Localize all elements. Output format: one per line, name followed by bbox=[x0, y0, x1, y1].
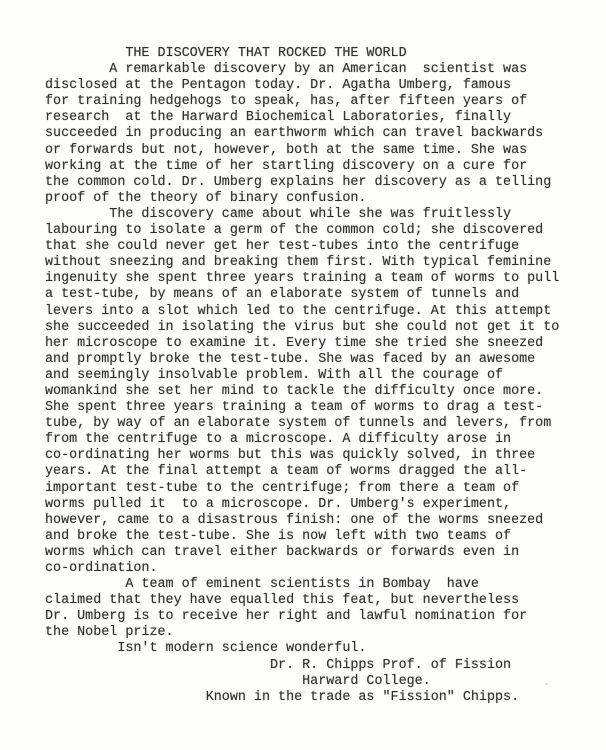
document-line: that she could never get her test-tubes … bbox=[45, 239, 606, 255]
document-line: and broke the test-tube. She is now left… bbox=[45, 529, 606, 545]
document-line: The discovery came about while she was f… bbox=[45, 207, 606, 223]
paper-speckle bbox=[545, 683, 548, 685]
document-line: a test-tube, by means of an elaborate sy… bbox=[45, 287, 606, 303]
document-line: Dr. R. Chipps Prof. of Fission bbox=[45, 658, 606, 674]
document-line: and promptly broke the test-tube. She wa… bbox=[45, 352, 606, 368]
document-line: her microscope to examine it. Every time… bbox=[45, 336, 606, 352]
document-line: A team of eminent scientists in Bombay h… bbox=[45, 577, 606, 593]
document-line: worms pulled it to a microscope. Dr. Umb… bbox=[45, 497, 606, 513]
document-line: disclosed at the Pentagon today. Dr. Aga… bbox=[45, 78, 606, 94]
document-line: important test-tube to the centrifuge; f… bbox=[45, 481, 606, 497]
document-line: She spent three years training a team of… bbox=[45, 400, 606, 416]
document-line: succeeded in producing an earthworm whic… bbox=[45, 126, 606, 142]
document-line: ingenuity she spent three years training… bbox=[45, 271, 606, 287]
document-line: Dr. Umberg is to receive her right and l… bbox=[45, 609, 606, 625]
document-line: levers into a slot which led to the cent… bbox=[45, 304, 606, 320]
document-line: proof of the theory of binary confusion. bbox=[45, 191, 606, 207]
document-line: or forwards but not, however, both at th… bbox=[45, 143, 606, 159]
document-line: and seemingly insolvable problem. With a… bbox=[45, 368, 606, 384]
document-body: THE DISCOVERY THAT ROCKED THE WORLD A re… bbox=[45, 46, 606, 706]
document-line: worms which can travel either backwards … bbox=[45, 545, 606, 561]
paper-speckle bbox=[303, 691, 305, 693]
document-line: years. At the final attempt a team of wo… bbox=[45, 464, 606, 480]
document-line: without sneezing and breaking them first… bbox=[45, 255, 606, 271]
document-title: THE DISCOVERY THAT ROCKED THE WORLD bbox=[45, 46, 606, 62]
document-line: tube, by way of an elaborate system of t… bbox=[45, 416, 606, 432]
document-line: co-ordination. bbox=[45, 561, 606, 577]
document-line: however, came to a disastrous finish: on… bbox=[45, 513, 606, 529]
document-line: the common cold. Dr. Umberg explains her… bbox=[45, 175, 606, 191]
document-line: labouring to isolate a germ of the commo… bbox=[45, 223, 606, 239]
document-line: for training hedgehogs to speak, has, af… bbox=[45, 94, 606, 110]
document-line: co-ordinating her worms but this was qui… bbox=[45, 448, 606, 464]
document-line: Known in the trade as "Fission" Chipps. bbox=[45, 690, 606, 706]
document-line: Isn't modern science wonderful. bbox=[45, 641, 606, 657]
document-line: Harward College. bbox=[45, 674, 606, 690]
document-line: the Nobel prize. bbox=[45, 625, 606, 641]
document-line: working at the time of her startling dis… bbox=[45, 159, 606, 175]
document-line: claimed that they have equalled this fea… bbox=[45, 593, 606, 609]
document-line: from the centrifuge to a microscope. A d… bbox=[45, 432, 606, 448]
typewritten-page: THE DISCOVERY THAT ROCKED THE WORLD A re… bbox=[0, 0, 606, 750]
document-line: A remarkable discovery by an American sc… bbox=[45, 62, 606, 78]
document-line: research at the Harward Biochemical Labo… bbox=[45, 110, 606, 126]
document-line: womankind she set her mind to tackle the… bbox=[45, 384, 606, 400]
document-line: she succeeded in isolating the virus but… bbox=[45, 320, 606, 336]
